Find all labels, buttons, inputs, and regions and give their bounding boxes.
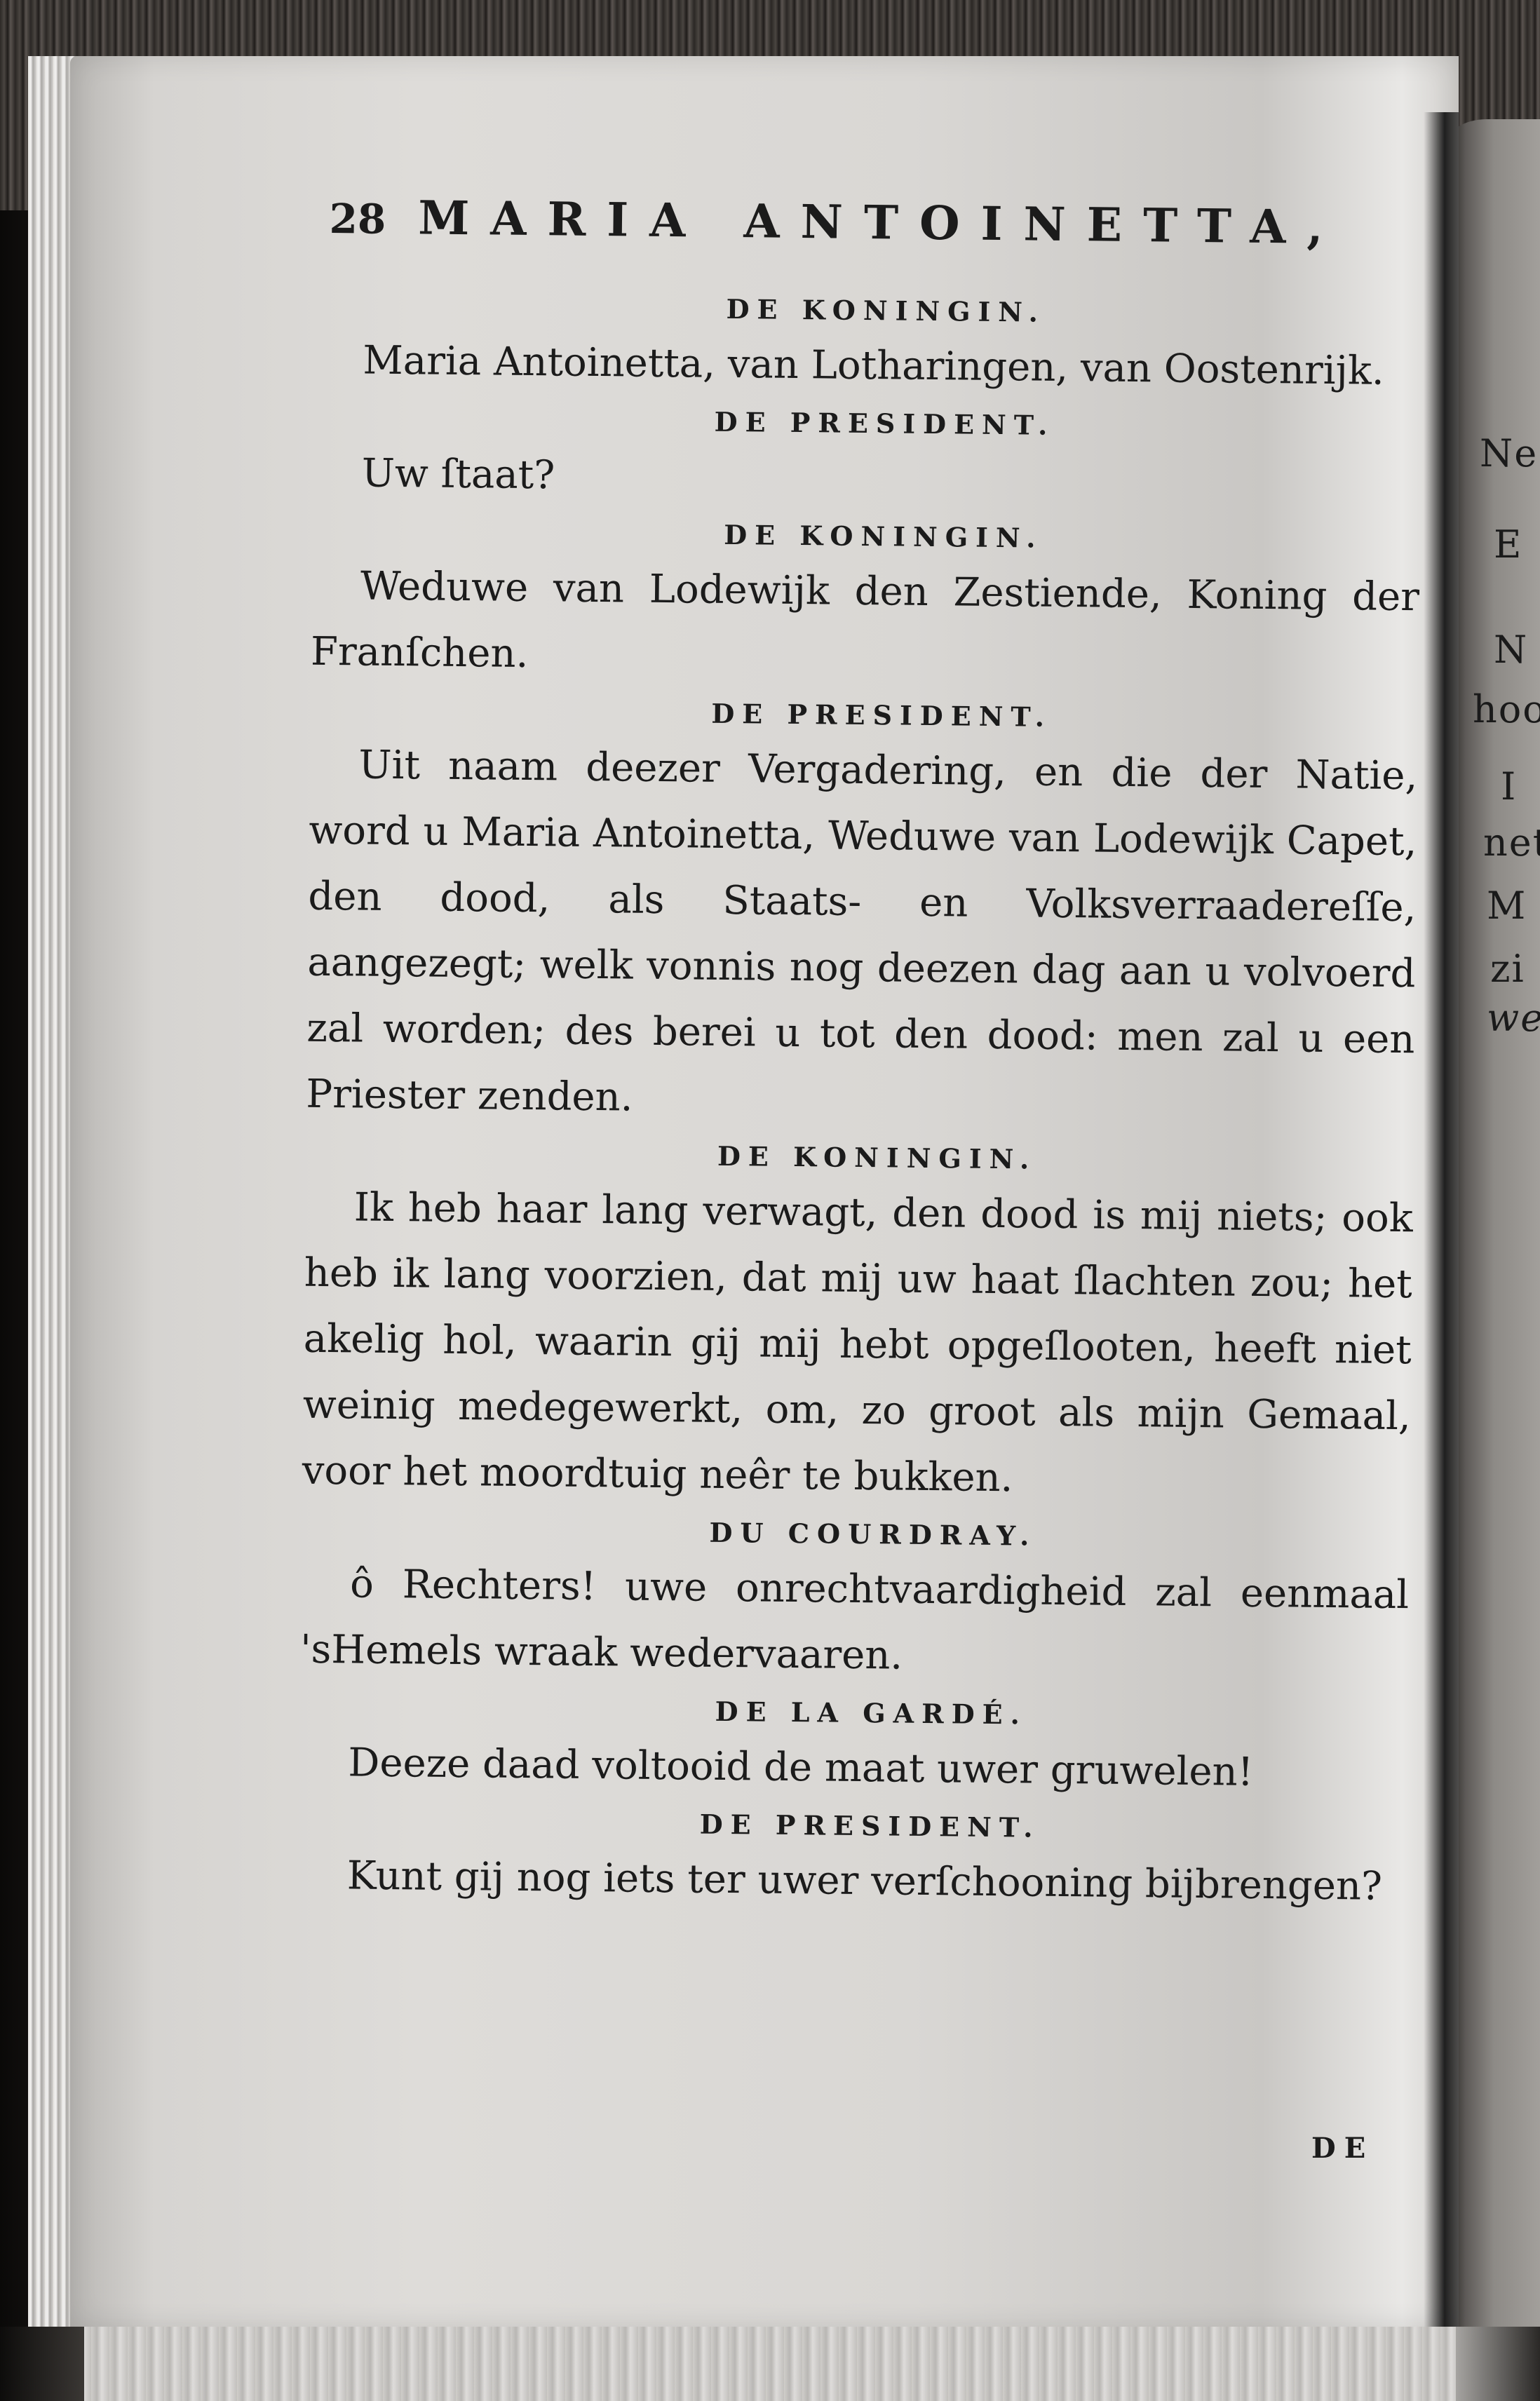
- page-block-bottom: [0, 2327, 1540, 2401]
- adjacent-fragment: hoo: [1473, 687, 1540, 731]
- catchword: DE: [1311, 2132, 1374, 2165]
- page-text: 28 MARIA ANTOINETTA, DE KONINGIN. Maria …: [311, 189, 1424, 1920]
- adjacent-fragment: I: [1501, 764, 1517, 809]
- speaker-label: DE PRESIDENT.: [327, 402, 1421, 445]
- shadow-bottom-left: [0, 2327, 84, 2401]
- speech: Kunt gij nog iets ter uwer verſchooning …: [297, 1843, 1406, 1921]
- speech: ô Rechters! uwe onrechtvaardigheid zal e…: [300, 1551, 1410, 1695]
- speaker-label: DE LA GARDÉ.: [313, 1691, 1407, 1734]
- page-number: 28: [329, 195, 386, 243]
- shadow-bottom-right: [1456, 2327, 1540, 2401]
- speech: Maria Antoinetta, van Lotharingen, van O…: [313, 327, 1422, 405]
- adjacent-page: Ne E N hoo I net M zi we: [1445, 119, 1540, 2328]
- running-head: 28 MARIA ANTOINETTA,: [329, 189, 1424, 292]
- speech: Deeze daad voltooid de maat uwer gruwele…: [299, 1730, 1407, 1808]
- adjacent-fragment: Ne: [1480, 431, 1538, 475]
- speaker-label: DE PRESIDENT.: [312, 1804, 1406, 1847]
- adjacent-fragment: we: [1487, 996, 1540, 1040]
- adjacent-fragment: M: [1487, 884, 1527, 928]
- speaker-label: DU COURDRAY.: [316, 1513, 1410, 1555]
- speech: Weduwe van Lodewijk den Zestiende, Konin…: [311, 553, 1420, 697]
- speaker-label: DE KONINGIN.: [319, 1136, 1413, 1179]
- speech: Uit naam deezer Vergadering, en die der …: [306, 732, 1418, 1139]
- book-gutter-shadow: [1424, 112, 1459, 2328]
- adjacent-fragment: N: [1494, 628, 1528, 672]
- speech: Uw ſtaat?: [312, 440, 1421, 518]
- adjacent-fragment: zi: [1490, 947, 1525, 991]
- adjacent-fragment: net: [1483, 820, 1540, 865]
- speaker-label: DE KONINGIN.: [328, 289, 1422, 332]
- speaker-label: DE KONINGIN.: [326, 515, 1420, 557]
- running-title: MARIA ANTOINETTA,: [418, 190, 1344, 255]
- speech: Ik heb haar lang verwagt, den dood is mi…: [302, 1175, 1413, 1516]
- speaker-label: DE PRESIDENT.: [324, 694, 1418, 736]
- adjacent-fragment: E: [1494, 522, 1522, 567]
